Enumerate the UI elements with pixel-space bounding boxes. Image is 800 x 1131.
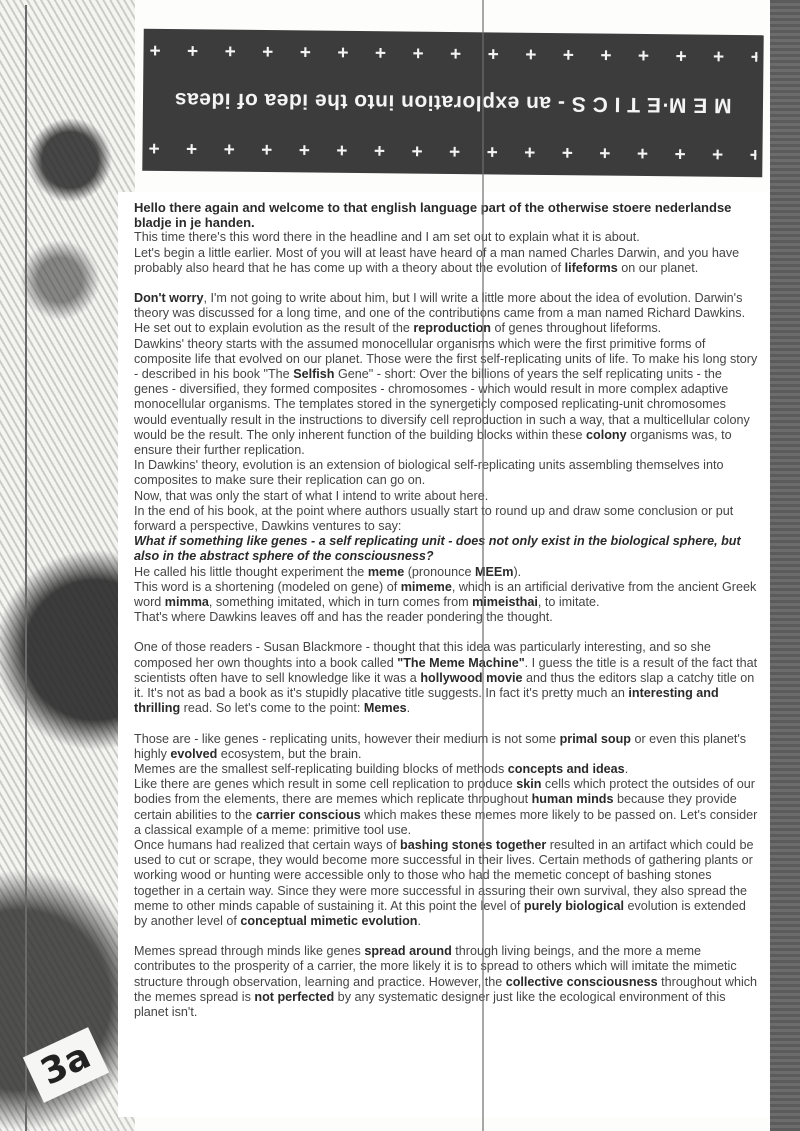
emphasis: skin [516, 777, 541, 791]
text: , something imitated, which in turn come… [209, 595, 472, 609]
emphasis: carrier conscious [256, 808, 361, 822]
plus-row-top: + + + + + + + + + + + + + + + + + + + + … [149, 41, 757, 69]
emphasis: primal soup [560, 732, 631, 746]
text: on our planet. [618, 261, 699, 275]
paragraph-intro: Hello there again and welcome to that en… [134, 200, 758, 276]
emphasis: mimma [165, 595, 209, 609]
text: Once humans had realized that certain wa… [134, 838, 400, 852]
text: . [625, 762, 629, 776]
emphasis: evolved [170, 747, 217, 761]
emphasis: collective consciousness [506, 975, 658, 989]
text: . [417, 914, 421, 928]
paragraph-dawkins: Don't worry, I'm not going to write abou… [134, 291, 758, 625]
emphasis: purely biological [524, 899, 624, 913]
text: ). [513, 565, 521, 579]
emphasis: Don't worry [134, 291, 203, 305]
emphasis: hollywood movie [420, 671, 522, 685]
emphasis: lifeforms [565, 261, 618, 275]
article-body: Hello there again and welcome to that en… [118, 192, 768, 1117]
halftone-decoration-left [0, 0, 135, 1131]
emphasis: concepts and ideas [508, 762, 625, 776]
emphasis: Selfish [293, 367, 334, 381]
book-title: "The Meme Machine" [397, 656, 524, 670]
emphasis: meme [368, 565, 404, 579]
text: Memes are the smallest self-replicating … [134, 762, 508, 776]
headline-title: M E M·E T I C S - an exploration into th… [143, 87, 763, 117]
text: This word is a shortening (modeled on ge… [134, 580, 401, 594]
dark-edge-right [770, 0, 800, 1131]
text: . [407, 701, 411, 715]
text: (pronounce [404, 565, 475, 579]
emphasis: not perfected [254, 990, 334, 1004]
text: read. So let's come to the point: [180, 701, 364, 715]
text: Like there are genes which result in som… [134, 777, 516, 791]
paragraph-blackmore: One of those readers - Susan Blackmore -… [134, 640, 758, 716]
text: This time there's this word there in the… [134, 230, 758, 245]
text: That's where Dawkins leaves off and has … [134, 610, 758, 625]
headline-banner: + + + + + + + + + + + + + + + + + + + + … [142, 29, 763, 177]
emphasis: Memes [364, 701, 407, 715]
text: , to imitate. [538, 595, 600, 609]
text: ecosystem, but the brain. [217, 747, 361, 761]
emphasis: spread around [364, 944, 451, 958]
intro-lead: Hello there again and welcome to that en… [134, 200, 758, 230]
text: In the end of his book, at the point whe… [134, 504, 758, 534]
emphasis: mimeme [401, 580, 452, 594]
emphasis: bashing stones together [400, 838, 546, 852]
text: He called his little thought experiment … [134, 565, 368, 579]
dawkins-quote: What if something like genes - a self re… [134, 534, 758, 564]
paragraph-memes: Those are - like genes - replicating uni… [134, 732, 758, 930]
text: In Dawkins' theory, evolution is an exte… [134, 458, 758, 488]
emphasis: human minds [532, 792, 614, 806]
emphasis: MEEm [475, 565, 514, 579]
emphasis: reproduction [413, 321, 491, 335]
plus-row-bottom: + + + + + + + + + + + + + + + + + + + + … [148, 139, 756, 167]
emphasis: conceptual mimetic evolution [240, 914, 417, 928]
text: Those are - like genes - replicating uni… [134, 732, 560, 746]
text: Now, that was only the start of what I i… [134, 489, 758, 504]
text: Memes spread through minds like genes [134, 944, 364, 958]
emphasis: colony [586, 428, 627, 442]
fold-crease [482, 0, 484, 1131]
vertical-rule [25, 5, 27, 1131]
text: of genes throughout lifeforms. [491, 321, 661, 335]
paragraph-spread: Memes spread through minds like genes sp… [134, 944, 758, 1020]
